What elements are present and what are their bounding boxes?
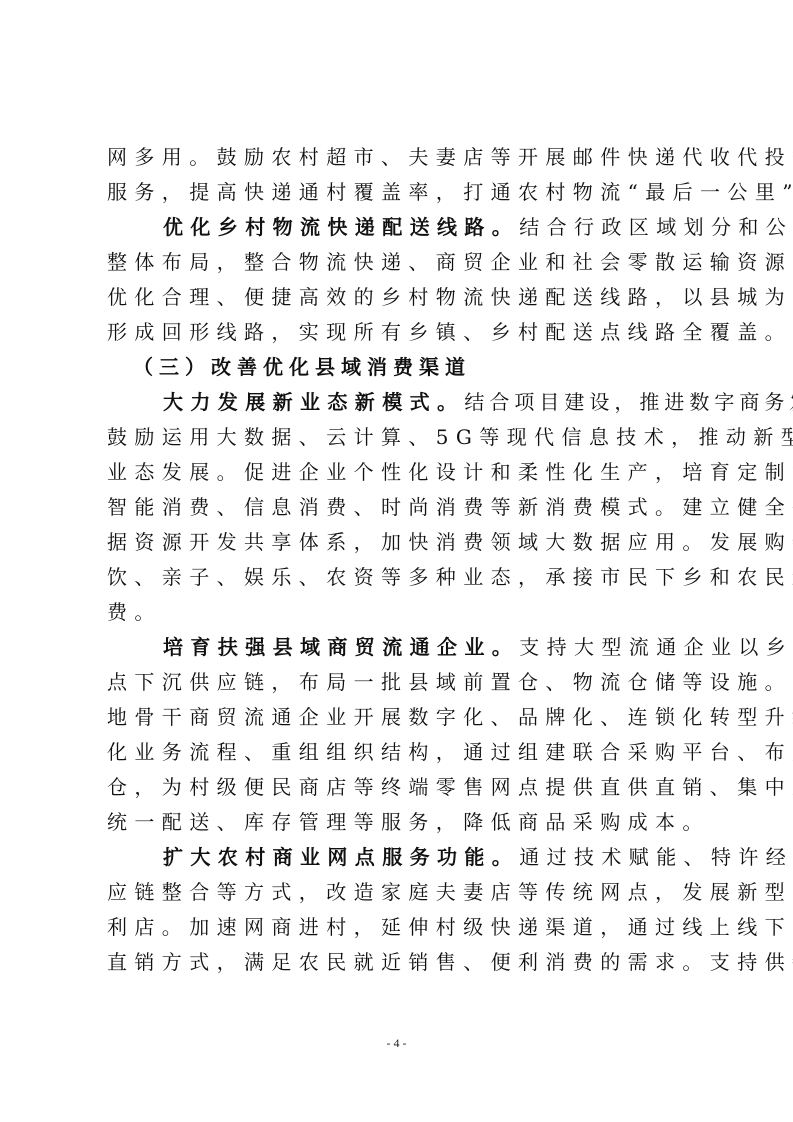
body-line: 网多用。鼓励农村超市、夫妻店等开展邮件快递代收代投等便民 [107, 140, 695, 175]
paragraph-lead-heading: 优化乡村物流快递配送线路。 [163, 215, 519, 239]
paragraph-start-line: 大力发展新业态新模式。结合项目建设，推进数字商务发展， [107, 385, 751, 420]
line-text: 直销方式，满足农民就近销售、便利消费的需求。支持供销社建 [107, 950, 793, 974]
body-line: 直销方式，满足农民就近销售、便利消费的需求。支持供销社建 [107, 945, 695, 980]
page-number: - 4 - [0, 1036, 793, 1051]
line-text: 鼓励运用大数据、云计算、5G等现代信息技术，推动新型流通 [107, 425, 793, 449]
line-text: 优化合理、便捷高效的乡村物流快递配送线路，以县城为中心， [107, 285, 793, 309]
line-text: 据资源开发共享体系，加快消费领域大数据应用。发展购物、餐 [107, 530, 793, 554]
paragraph-lead-heading: 培育扶强县域商贸流通企业。 [163, 635, 519, 659]
body-line: 饮、亲子、娱乐、农资等多种业态，承接市民下乡和农民进城消 [107, 560, 695, 595]
line-text: 智能消费、信息消费、时尚消费等新消费模式。建立健全公共数 [107, 495, 793, 519]
body-line: 统一配送、库存管理等服务，降低商品采购成本。 [107, 805, 695, 840]
body-line: 智能消费、信息消费、时尚消费等新消费模式。建立健全公共数 [107, 490, 695, 525]
line-text: 化业务流程、重组组织结构，通过组建联合采购平台、布局共享 [107, 740, 793, 764]
line-text: 利店。加速网商进村，延伸村级快递渠道，通过线上线下融合的 [107, 915, 793, 939]
line-text: 结合行政区域划分和公路运输 [519, 215, 793, 239]
body-line: 形成回形线路，实现所有乡镇、乡村配送点线路全覆盖。 [107, 315, 695, 350]
body-line: 服务，提高快递通村覆盖率，打通农村物流“最后一公里”。 [107, 175, 695, 210]
line-text: 业态发展。促进企业个性化设计和柔性化生产，培育定制消费、 [107, 460, 793, 484]
body-line: 仓，为村级便民商店等终端零售网点提供直供直销、集中采购、 [107, 770, 695, 805]
line-text: 结合项目建设，推进数字商务发展， [464, 390, 793, 414]
line-text: 通过技术赋能、特许经营、供 [519, 845, 793, 869]
line-text: 仓，为村级便民商店等终端零售网点提供直供直销、集中采购、 [107, 775, 793, 799]
line-text: 费。 [107, 600, 162, 624]
body-line: 鼓励运用大数据、云计算、5G等现代信息技术，推动新型流通 [107, 420, 695, 455]
line-text: 应链整合等方式，改造家庭夫妻店等传统网点，发展新型乡村便 [107, 880, 793, 904]
line-text: 服务，提高快递通村覆盖率，打通农村物流“最后一公里”。 [107, 180, 793, 204]
document-page: 网多用。鼓励农村超市、夫妻店等开展邮件快递代收代投等便民 服务，提高快递通村覆盖… [0, 0, 793, 1122]
line-text: 整体布局，整合物流快递、商贸企业和社会零散运输资源，设置 [107, 250, 793, 274]
line-text: 地骨干商贸流通企业开展数字化、品牌化、连锁化转型升级，优 [107, 705, 793, 729]
section-heading-line: （三）改善优化县域消费渠道 [107, 350, 721, 385]
paragraph-lead-heading: 扩大农村商业网点服务功能。 [163, 845, 519, 869]
paragraph-lead-heading: 大力发展新业态新模式。 [163, 390, 464, 414]
body-line: 应链整合等方式，改造家庭夫妻店等传统网点，发展新型乡村便 [107, 875, 695, 910]
section-heading: （三）改善优化县域消费渠道 [133, 355, 471, 379]
body-line: 化业务流程、重组组织结构，通过组建联合采购平台、布局共享 [107, 735, 695, 770]
body-line: 优化合理、便捷高效的乡村物流快递配送线路，以县城为中心， [107, 280, 695, 315]
paragraph-start-line: 扩大农村商业网点服务功能。通过技术赋能、特许经营、供 [107, 840, 751, 875]
line-text: 支持大型流通企业以乡镇为重 [519, 635, 793, 659]
line-text: 点下沉供应链，布局一批县域前置仓、物流仓储等设施。引导本 [107, 670, 793, 694]
paragraph-start-line: 优化乡村物流快递配送线路。结合行政区域划分和公路运输 [107, 210, 751, 245]
body-line: 整体布局，整合物流快递、商贸企业和社会零散运输资源，设置 [107, 245, 695, 280]
body-line: 利店。加速网商进村，延伸村级快递渠道，通过线上线下融合的 [107, 910, 695, 945]
body-line: 据资源开发共享体系，加快消费领域大数据应用。发展购物、餐 [107, 525, 695, 560]
body-line: 地骨干商贸流通企业开展数字化、品牌化、连锁化转型升级，优 [107, 700, 695, 735]
body-line: 点下沉供应链，布局一批县域前置仓、物流仓储等设施。引导本 [107, 665, 695, 700]
line-text: 统一配送、库存管理等服务，降低商品采购成本。 [107, 810, 710, 834]
line-text: 网多用。鼓励农村超市、夫妻店等开展邮件快递代收代投等便民 [107, 145, 793, 169]
line-text: 形成回形线路，实现所有乡镇、乡村配送点线路全覆盖。 [107, 320, 792, 344]
body-line: 费。 [107, 595, 695, 630]
paragraph-start-line: 培育扶强县域商贸流通企业。支持大型流通企业以乡镇为重 [107, 630, 751, 665]
body-line: 业态发展。促进企业个性化设计和柔性化生产，培育定制消费、 [107, 455, 695, 490]
line-text: 饮、亲子、娱乐、农资等多种业态，承接市民下乡和农民进城消 [107, 565, 793, 589]
